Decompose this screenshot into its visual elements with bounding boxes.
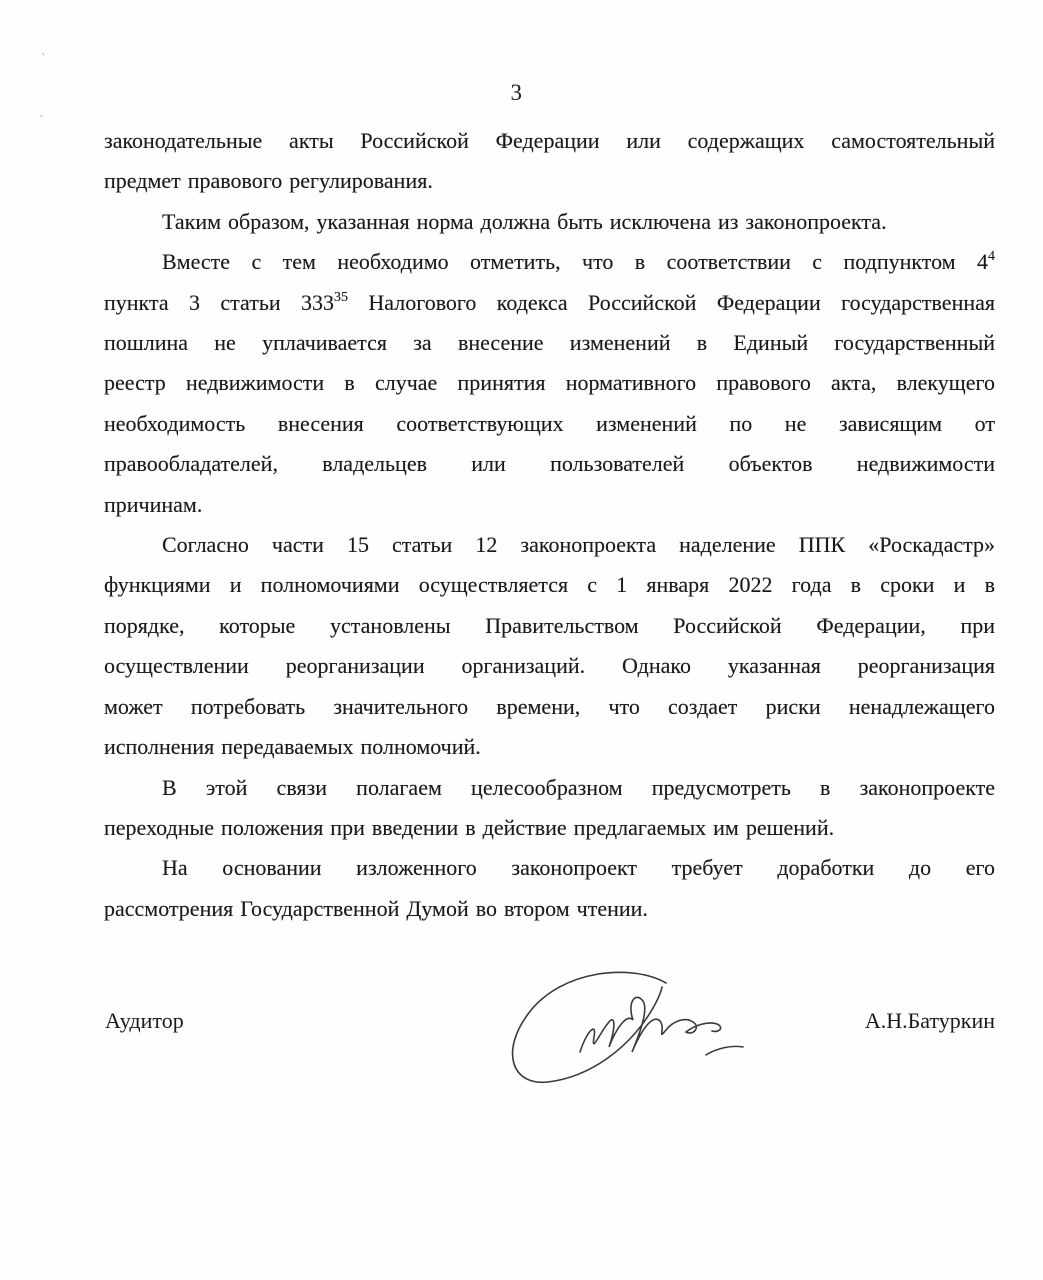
handwritten-signature-icon bbox=[496, 962, 748, 1096]
text-line: законодательные акты Российской Федераци… bbox=[104, 121, 995, 161]
text-line: порядке, которые установлены Правительст… bbox=[104, 606, 995, 646]
document-body: законодательные акты Российской Федераци… bbox=[104, 121, 995, 929]
text-line: может потребовать значительного времени,… bbox=[104, 687, 995, 727]
scan-speck: ` bbox=[36, 114, 44, 131]
scanned-document-page: ` ` 3 законодательные акты Российской Фе… bbox=[0, 0, 1043, 1280]
text-line: рассмотрения Государственной Думой во вт… bbox=[104, 889, 995, 929]
text-line: Согласно части 15 статьи 12 законопроект… bbox=[104, 525, 995, 565]
text-line: реестр недвижимости в случае принятия но… bbox=[104, 363, 995, 403]
text-line: осуществлении реорганизации организаций.… bbox=[104, 646, 995, 686]
signer-role-label: Аудитор bbox=[105, 1008, 184, 1034]
text-line: исполнения передаваемых полномочий. bbox=[104, 727, 995, 767]
page-number: 3 bbox=[0, 80, 1033, 106]
text-line: Таким образом, указанная норма должна бы… bbox=[104, 202, 995, 242]
superscript: 35 bbox=[334, 290, 348, 305]
text-line: причинам. bbox=[104, 485, 995, 525]
text-line: пошлина не уплачивается за внесение изме… bbox=[104, 323, 995, 363]
text-run: Вместе с тем необходимо отметить, что в … bbox=[162, 249, 988, 274]
text-line: В этой связи полагаем целесообразном пре… bbox=[104, 768, 995, 808]
text-line: необходимость внесения соответствующих и… bbox=[104, 404, 995, 444]
text-line: предмет правового регулирования. bbox=[104, 161, 995, 201]
text-line: переходные положения при введении в дейс… bbox=[104, 808, 995, 848]
signature-block: Аудитор А.Н.Батуркин bbox=[104, 960, 995, 1110]
superscript: 4 bbox=[988, 249, 995, 264]
text-run: Налогового кодекса Российской Федерации … bbox=[348, 290, 995, 315]
text-run: пункта 3 статьи 333 bbox=[104, 290, 334, 315]
scan-speck: ` bbox=[38, 52, 46, 69]
text-line: Вместе с тем необходимо отметить, что в … bbox=[104, 242, 995, 282]
signer-name: А.Н.Батуркин bbox=[865, 1008, 995, 1034]
text-line: правообладателей, владельцев или пользов… bbox=[104, 444, 995, 484]
text-line: функциями и полномочиями осуществляется … bbox=[104, 565, 995, 605]
text-line: пункта 3 статьи 33335 Налогового кодекса… bbox=[104, 283, 995, 323]
text-line: На основании изложенного законопроект тр… bbox=[104, 848, 995, 888]
